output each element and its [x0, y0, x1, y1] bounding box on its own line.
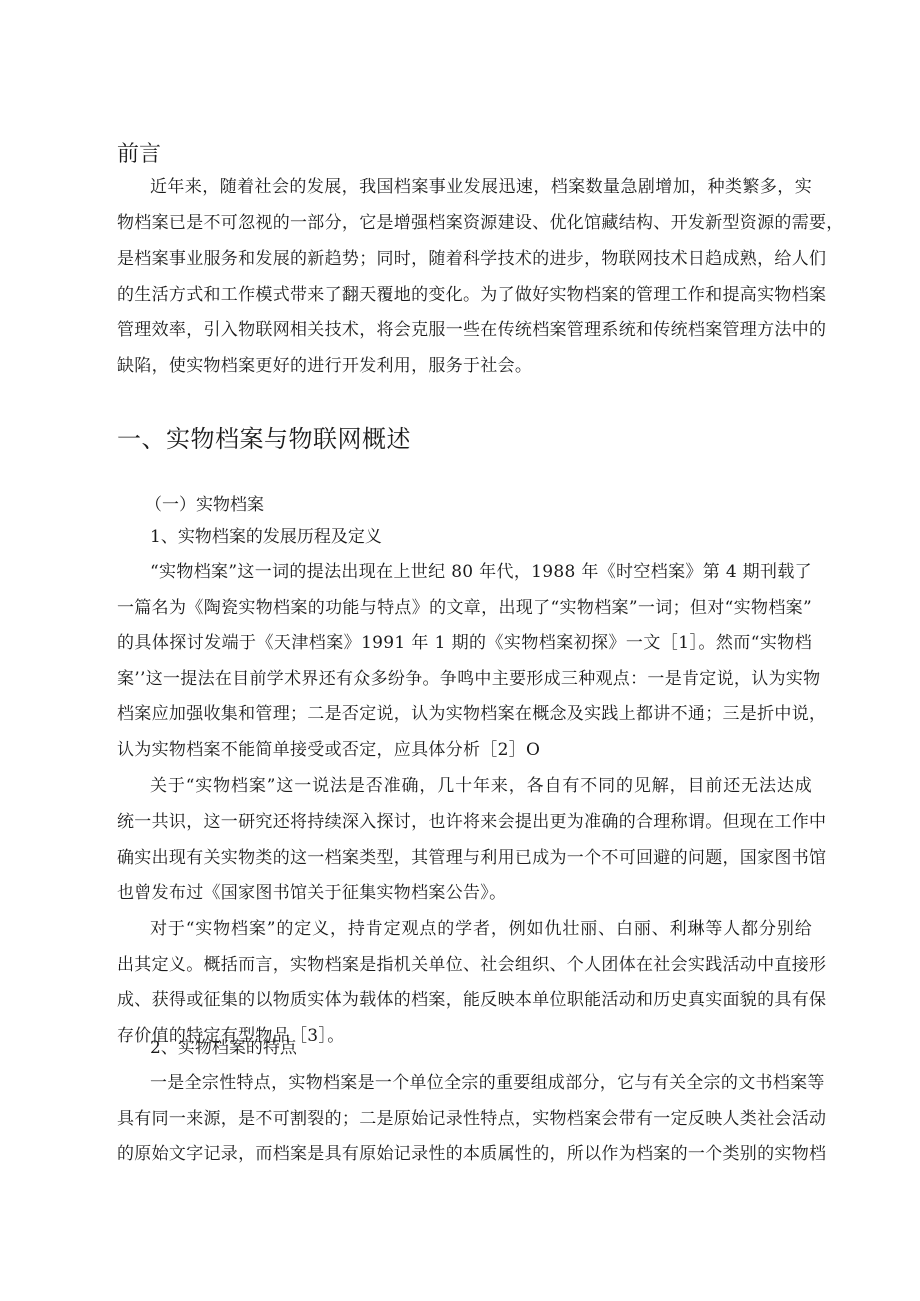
para1-line-3: 的具体探讨发端于《天津档案》1991 年 1 期的《实物档案初探》一文［1］。然… — [117, 632, 812, 654]
para1-line-5: 档案应加强收集和管理；二是否定说，认为实物档案在概念及实践上都讲不通；三是折中说… — [117, 703, 812, 725]
preface-line-3: 是档案事业服务和发展的新趋势；同时，随着科学技术的进步，物联网技术日趋成熟，给人… — [117, 248, 812, 270]
para2-line-2: 统一共识，这一研究还将持续深入探讨，也许将来会提出更为准确的合理称谓。但现在工作… — [117, 811, 812, 833]
para1-line-6: 认为实物档案不能简单接受或否定，应具体分析［2］O — [117, 739, 540, 761]
para4-line-1: 一是全宗性特点，实物档案是一个单位全宗的重要组成部分，它与有关全宗的文书档案等 — [150, 1072, 812, 1094]
preface-heading: 前言 — [117, 141, 161, 169]
para4-line-3: 的原始文字记录，而档案是具有原始记录性的本质属性的，所以作为档案的一个类别的实物… — [117, 1143, 812, 1165]
para3-line-3: 成、获得或征集的以物质实体为载体的档案，能反映本单位职能活动和历史真实面貌的具有… — [117, 989, 812, 1011]
para1-line-1: “实物档案”这一词的提法出现在上世纪 80 年代，1988 年《时空档案》第 4… — [150, 561, 812, 583]
section-heading: 一、实物档案与物联网概述 — [117, 424, 411, 454]
preface-line-1: 近年来，随着社会的发展，我国档案事业发展迅速，档案数量急剧增加，种类繁多，实 — [150, 176, 812, 198]
para1-line-2: 一篇名为《陶瓷实物档案的功能与特点》的文章，出现了“实物档案”一词；但对“实物档… — [117, 597, 812, 619]
para3-line-2: 出其定义。概括而言，实物档案是指机关单位、社会组织、个人团体在社会实践活动中直接… — [117, 954, 812, 976]
para2-line-3: 确实出现有关实物类的这一档案类型，其管理与利用已成为一个不可回避的问题，国家图书… — [117, 847, 812, 869]
preface-line-5: 管理效率，引入物联网相关技术，将会克服一些在传统档案管理系统和传统档案管理方法中… — [117, 319, 812, 341]
para4-line-2: 具有同一来源，是不可割裂的；二是原始记录性特点，实物档案会带有一定反映人类社会活… — [117, 1108, 812, 1130]
para1-line-4: 案’’这一提法在目前学术界还有众多纷争。争鸣中主要形成三种观点：一是肯定说，认为… — [117, 668, 812, 690]
preface-line-2: 物档案已是不可忽视的一部分，它是增强档案资源建设、优化馆藏结构、开发新型资源的需… — [117, 212, 812, 234]
item-heading-1: 1、实物档案的发展历程及定义 — [150, 526, 382, 548]
subsection-heading: （一）实物档案 — [145, 494, 264, 516]
preface-line-6: 缺陷，使实物档案更好的进行开发利用，服务于社会。 — [117, 355, 532, 377]
preface-line-4: 的生活方式和工作模式带来了翻天覆地的变化。为了做好实物档案的管理工作和提高实物档… — [117, 284, 812, 306]
para3-line-1: 对于“实物档案”的定义，持肯定观点的学者，例如仇壮丽、白丽、利琳等人都分别给 — [150, 918, 812, 940]
document-page: 前言 近年来，随着社会的发展，我国档案事业发展迅速，档案数量急剧增加，种类繁多，… — [0, 0, 920, 1301]
para2-line-4: 也曾发布过《国家图书馆关于征集实物档案公告》。 — [117, 882, 506, 904]
item-heading-2: 2、实物档案的特点 — [150, 1037, 297, 1059]
para2-line-1: 关于“实物档案”这一说法是否准确，几十年来，各自有不同的见解，目前还无法达成 — [150, 775, 812, 797]
